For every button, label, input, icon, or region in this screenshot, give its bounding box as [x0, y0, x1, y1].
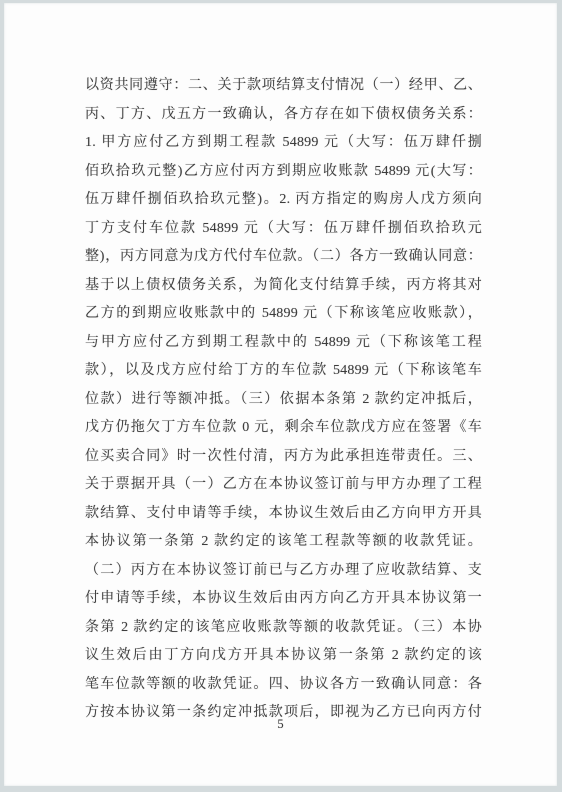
scanned-document-background: { "document": { "lines": [ "以资共同遵守：二、关于款… — [0, 0, 562, 792]
text-line: 位款）进行等额冲抵。（三）依据本条第 2 款约定冲抵后， — [85, 386, 482, 415]
text-line: 本协议第一条第 2 款约定的该笔工程款等额的收款凭证。 — [85, 528, 482, 557]
text-line: 付申请等手续，本协议生效后由丙方向乙方开具本协议第一 — [85, 585, 482, 614]
text-line: 议生效后由丁方向戊方开具本协议第一条第 2 款约定的该 — [85, 642, 482, 671]
text-line: 整)，丙方同意为戊方代付车位款。（二）各方一致确认同意： — [85, 243, 482, 272]
text-line: 佰玖拾玖元整)乙方应付丙方到期应收账款 54899 元(大写： — [85, 158, 482, 187]
text-line: 款），以及戊方应付给丁方的车位款 54899 元（下称该笔车 — [85, 357, 482, 386]
text-line: 以资共同遵守：二、关于款项结算支付情况（一）经甲、乙、 — [85, 72, 482, 101]
text-line: 款结算、支付申请等手续，本协议生效后由乙方向甲方开具 — [85, 500, 482, 529]
text-line: 笔车位款等额的收款凭证。四、协议各方一致确认同意：各 — [85, 671, 482, 700]
text-line: 1. 甲方应付乙方到期工程款 54899 元（大写：伍万肆仟捌 — [85, 129, 482, 158]
text-line: 丁方支付车位款 54899 元（大写：伍万肆仟捌佰玖拾玖元 — [85, 215, 482, 244]
text-line: 伍万肆仟捌佰玖拾玖元整)。2. 丙方指定的购房人戊方须向 — [85, 186, 482, 215]
text-line: 位买卖合同》时一次性付清，丙方为此承担连带责任。三、 — [85, 443, 482, 472]
text-line: 基于以上债权债务关系，为简化支付结算手续，丙方将其对 — [85, 272, 482, 301]
document-page: 以资共同遵守：二、关于款项结算支付情况（一）经甲、乙、丙、丁方、戊五方一致确认，… — [4, 3, 557, 786]
text-line: 戊方仍拖欠丁方车位款 0 元，剩余车位款戊方应在签署《车 — [85, 414, 482, 443]
text-line: 乙方的到期应收账款中的 54899 元（下称该笔应收账款）， — [85, 300, 482, 329]
text-line: 条第 2 款约定的该笔应收账款等额的收款凭证。（三）本协 — [85, 614, 482, 643]
contract-text-block: 以资共同遵守：二、关于款项结算支付情况（一）经甲、乙、丙、丁方、戊五方一致确认，… — [85, 72, 482, 728]
text-line: （二）丙方在本协议签订前已与乙方办理了应收款结算、支 — [85, 557, 482, 586]
page-number: 5 — [4, 717, 557, 732]
text-line: 丙、丁方、戊五方一致确认，各方存在如下债权债务关系： — [85, 101, 482, 130]
text-line: 与甲方应付乙方到期工程款中的 54899 元（下称该笔工程 — [85, 329, 482, 358]
text-line: 关于票据开具（一）乙方在本协议签订前与甲方办理了工程 — [85, 471, 482, 500]
